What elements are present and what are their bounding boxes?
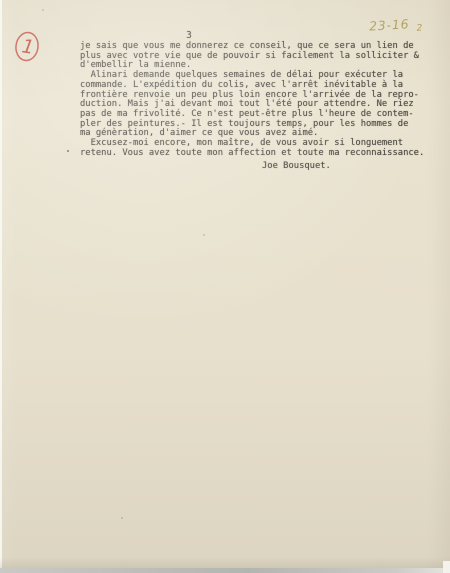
- red-circled-annotation: 1: [10, 28, 46, 66]
- scan-corner: [443, 561, 450, 573]
- scan-speck: [121, 517, 123, 519]
- scanned-letter-page: 3 1 23-162 je sais que vous me donnerez …: [0, 0, 450, 573]
- scan-speck: [203, 234, 205, 236]
- scan-bottom-shadow: [0, 557, 450, 568]
- scan-speck: [42, 9, 44, 11]
- letter-body: je sais que vous me donnerez ce conseil,…: [80, 42, 424, 158]
- signature: Joe Bousquet.: [262, 161, 331, 171]
- scan-speck: [67, 150, 69, 152]
- page-number: 3: [181, 30, 197, 41]
- letter-line: retenu. Vous avez toute mon affection et…: [80, 149, 424, 159]
- circled-number: 1: [20, 35, 35, 59]
- archive-code-text: 23-16: [369, 16, 410, 33]
- archive-code-suffix: 2: [416, 23, 423, 33]
- archive-code-annotation: 23-162: [369, 15, 424, 33]
- scan-bottom-edge: [0, 568, 450, 573]
- scan-left-edge: [0, 0, 2, 573]
